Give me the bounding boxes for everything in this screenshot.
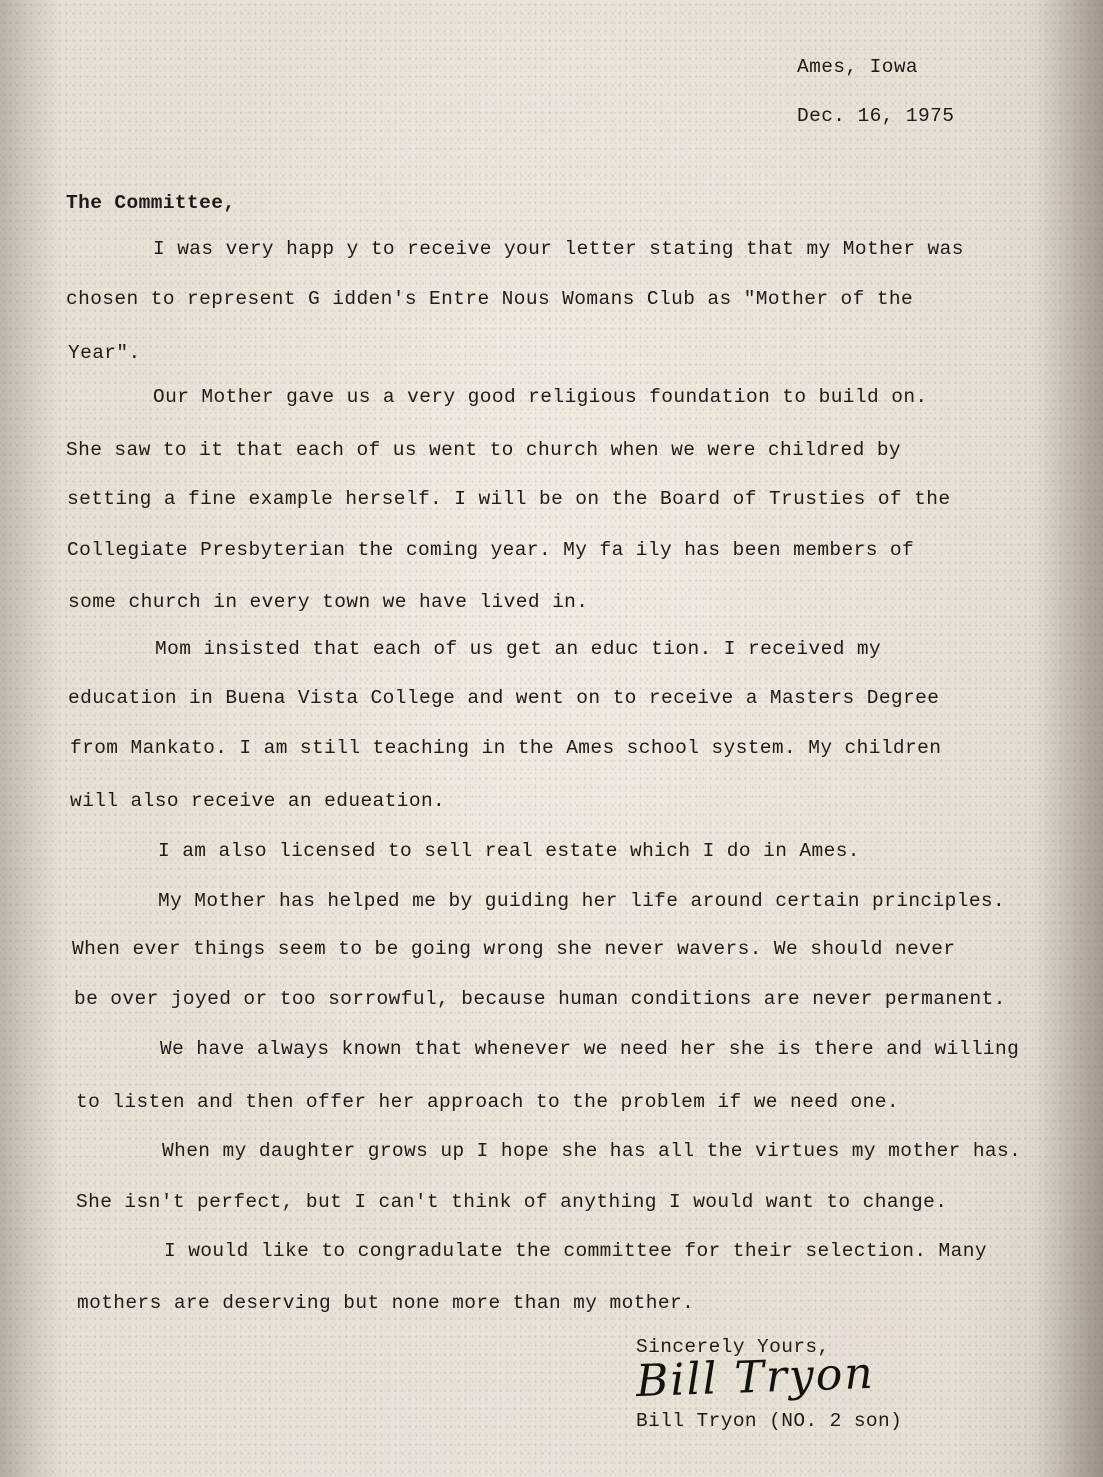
body-line: setting a fine example herself. I will b… (67, 490, 950, 510)
body-line: When ever things seem to be going wrong … (72, 940, 955, 960)
body-line: Collegiate Presbyterian the coming year.… (67, 541, 914, 561)
body-line: She isn't perfect, but I can't think of … (76, 1193, 947, 1213)
salutation: The Committee, (66, 194, 235, 214)
letter-page: Ames, Iowa Dec. 16, 1975 The Committee, … (0, 0, 1103, 1477)
right-edge-shadow (1033, 0, 1103, 1477)
body-line: We have always known that whenever we ne… (160, 1040, 1019, 1060)
body-line: education in Buena Vista College and wen… (68, 689, 939, 709)
typed-name: Bill Tryon (NO. 2 son) (636, 1412, 902, 1432)
body-line: some church in every town we have lived … (68, 593, 588, 613)
body-line: I would like to congradulate the committ… (164, 1242, 987, 1262)
body-line: will also receive an edueation. (70, 792, 445, 812)
body-line: I was very happ y to receive your letter… (153, 240, 964, 260)
body-line: She saw to it that each of us went to ch… (66, 441, 901, 461)
left-edge-shadow (0, 0, 60, 1477)
body-line: be over joyed or too sorrowful, because … (74, 990, 1006, 1010)
body-line: Our Mother gave us a very good religious… (153, 388, 928, 408)
body-line: from Mankato. I am still teaching in the… (70, 739, 941, 759)
sender-location: Ames, Iowa (797, 58, 918, 78)
body-line: Year". (68, 344, 141, 364)
handwritten-signature: Bill Tryon (635, 1348, 875, 1407)
body-line: Mom insisted that each of us get an educ… (155, 640, 881, 660)
body-line: When my daughter grows up I hope she has… (162, 1142, 1021, 1162)
letter-date: Dec. 16, 1975 (797, 107, 954, 127)
body-line: chosen to represent G idden's Entre Nous… (66, 290, 913, 310)
body-line: mothers are deserving but none more than… (77, 1294, 694, 1314)
body-line: My Mother has helped me by guiding her l… (158, 892, 1005, 912)
body-line: to listen and then offer her approach to… (76, 1093, 899, 1113)
body-line: I am also licensed to sell real estate w… (158, 842, 860, 862)
